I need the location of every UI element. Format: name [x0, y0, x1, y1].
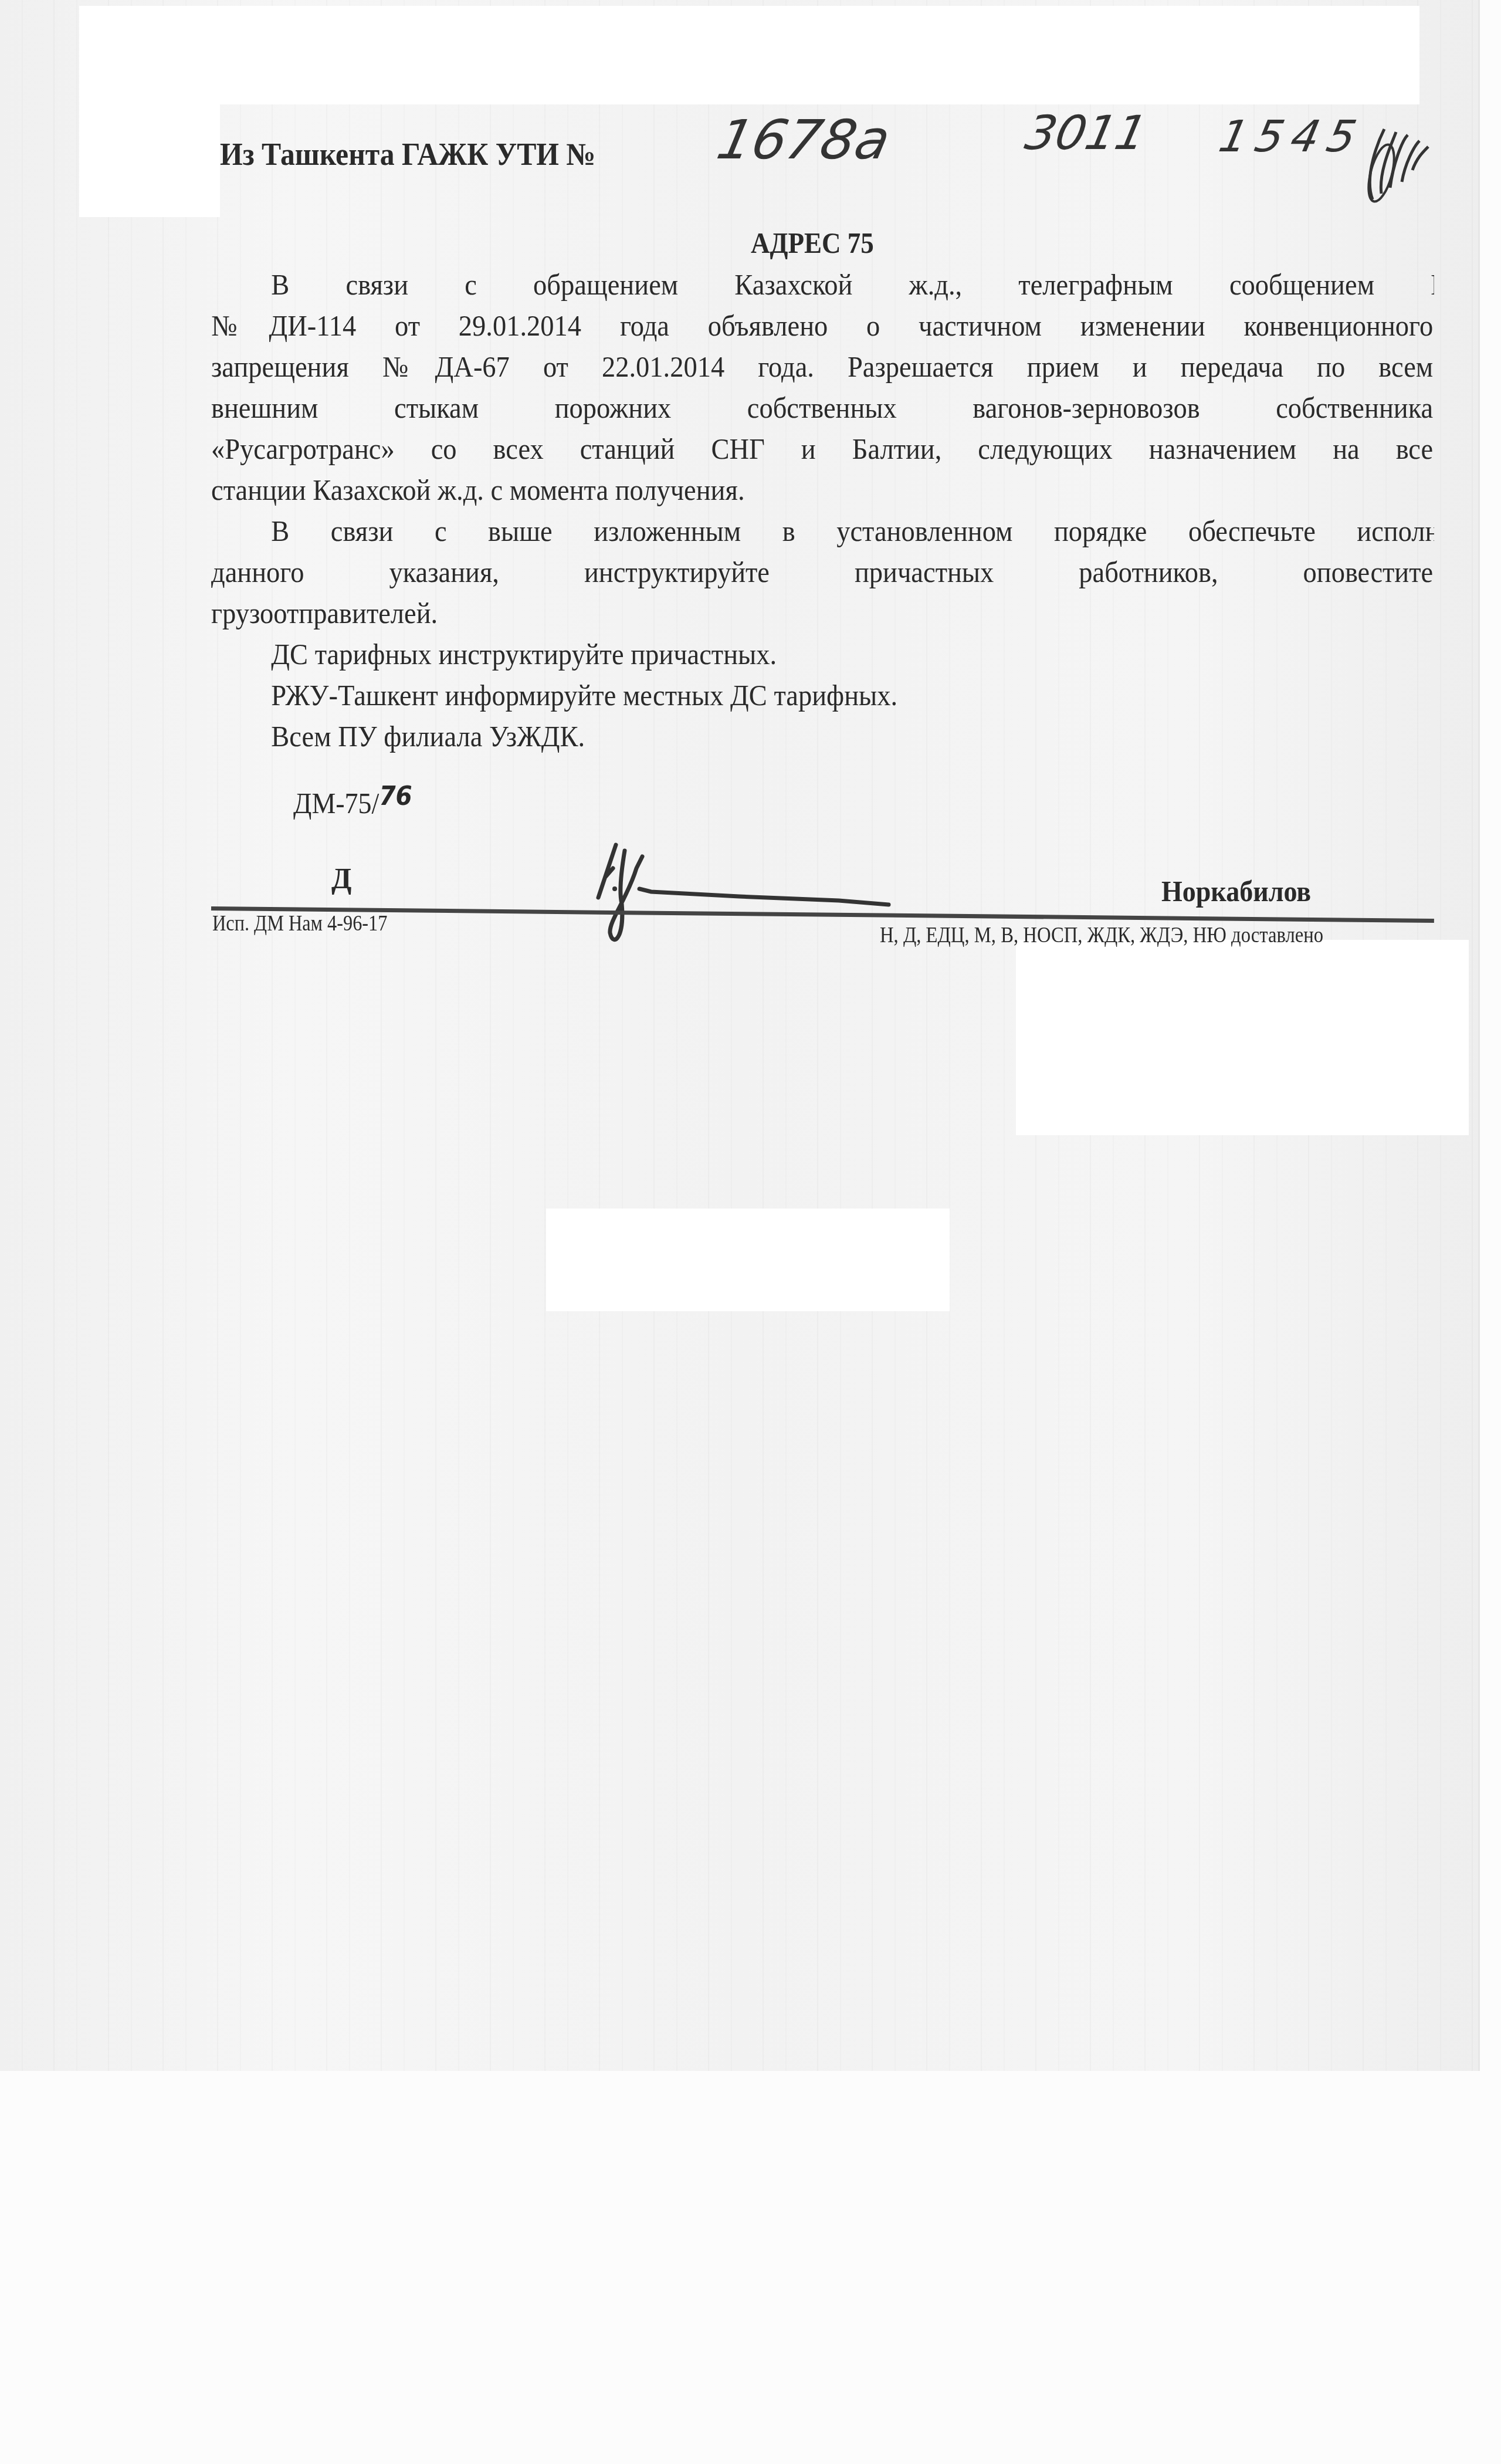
signature-icon [592, 833, 897, 950]
signatory-name: Норкабилов [1161, 874, 1311, 908]
document-body: В связи с обращением Казахской ж.д., тел… [211, 264, 1434, 757]
body-line: ДС тарифных инструктируйте причастных. [211, 634, 1434, 675]
redaction-center [546, 1209, 950, 1311]
body-line: данного указания, инструктируйте причаст… [211, 551, 1433, 593]
body-line: «Русагротранс» со всех станций СНГ и Бал… [211, 428, 1433, 469]
executor-info: Исп. ДМ Нам 4-96-17 [212, 911, 387, 936]
body-line: станции Казахской ж.д. с момента получен… [211, 469, 1433, 510]
reference-handwritten: 76 [379, 781, 412, 811]
document-title: АДРЕС 75 [751, 226, 874, 260]
redaction-top-left [79, 6, 220, 217]
redaction-right [1016, 940, 1469, 1135]
handwritten-time: 1545 [1215, 111, 1369, 162]
body-line: В связи с выше изложенным в установленно… [211, 510, 1434, 551]
body-line: РЖУ-Ташкент информируйте местных ДС тари… [211, 675, 1434, 716]
sender-header: Из Ташкента ГАЖК УТИ № [220, 136, 595, 172]
body-line: В связи с обращением Казахской ж.д., тел… [211, 264, 1434, 305]
handwritten-initials-icon [1361, 117, 1431, 205]
distribution-list: Н, Д, ЕДЦ, М, В, НОСП, ЖДК, ЖДЭ, НЮ дост… [880, 922, 1323, 948]
reference-printed: ДМ-75/ [293, 787, 379, 820]
body-line: Всем ПУ филиала УзЖДК. [211, 716, 1434, 757]
body-line: грузоотправителей. [211, 593, 1433, 634]
handwritten-number: 1678а [712, 109, 896, 171]
body-line: запрещения №ДА-67 от 22.01.2014 года. Ра… [211, 346, 1433, 387]
handwritten-date: 3011 [1021, 106, 1151, 160]
reference-number: ДМ-75/76 [293, 786, 412, 820]
redaction-top [79, 6, 1419, 104]
signatory-position: Д [331, 861, 351, 895]
body-line: №ДИ-114 от 29.01.2014 года объявлено о ч… [211, 305, 1433, 346]
body-line: внешним стыкам порожних собственных ваго… [211, 387, 1433, 428]
